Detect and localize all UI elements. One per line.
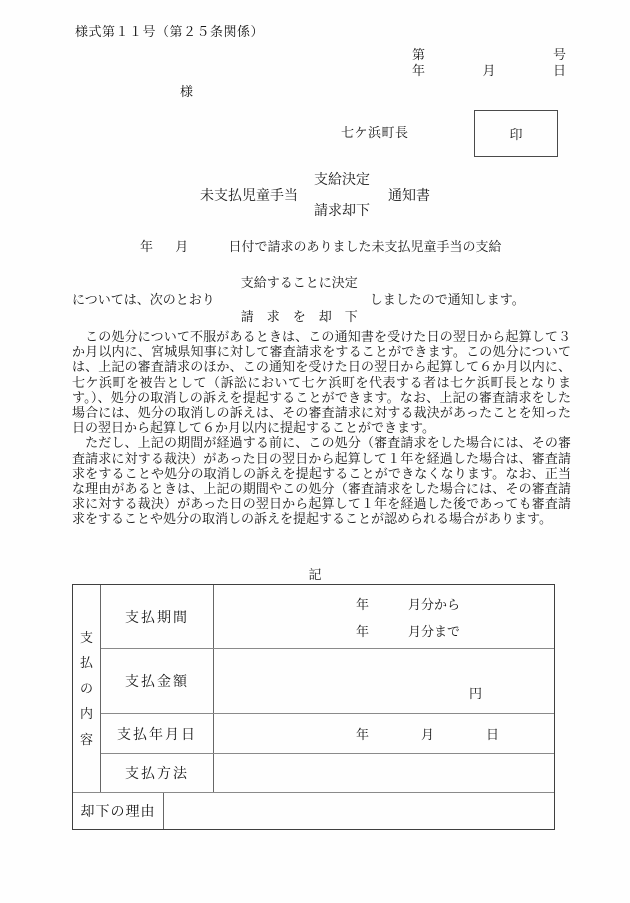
title-options: 支給決定 請求却下 [314, 169, 370, 220]
notification-document-page: 様式第１１号（第２５条関係） 第 号 年 月 日 様 七ケ浜町長 印 未支払児童… [0, 0, 630, 903]
payment-amount-value-cell: 円 [214, 649, 554, 713]
payment-amount-label: 支払金額 [101, 649, 214, 713]
decision-line: については、次のとおり 支給することに決定 請 求 を 却 下 しましたので通知… [72, 272, 525, 325]
date-month-label: 月 [482, 60, 495, 79]
date-year-label: 年 [412, 60, 425, 79]
decision-option-reject: 請 求 を 却 下 [241, 306, 358, 325]
issue-date-line: 年 月 日 [412, 60, 566, 79]
decision-line-right: しましたので通知します。 [370, 289, 525, 308]
form-number-label: 様式第１１号（第２５条関係） [75, 21, 264, 40]
payment-details-table: 支払の内容 支払期間 年 月分から 年 月分まで 支払金額 円 [72, 584, 555, 830]
request-month-label: 月 [175, 239, 188, 254]
payment-date-value: 年 月 日 [356, 724, 499, 743]
table-row-payment-period: 支払期間 年 月分から 年 月分まで [101, 585, 554, 649]
request-date-line: 年 月 日付で請求のありました未支払児童手当の支給 [140, 236, 502, 255]
table-row-payment-amount: 支払金額 円 [101, 649, 554, 714]
payment-group-label: 支払の内容 [79, 625, 94, 753]
title-subject: 未支払児童手当 [200, 185, 298, 205]
request-year-label: 年 [140, 239, 153, 254]
appeal-notice-paragraph-2: ただし、上記の期間が経過する前に、この処分（審査請求をした場合には、その審査請求… [72, 435, 571, 526]
request-line-text: 日付で請求のありました未支払児童手当の支給 [229, 239, 502, 254]
appeal-notice-text: この処分について不服があるときは、この通知書を受けた日の翌日から起算して３か月以… [72, 329, 571, 527]
payment-table-rows: 支払期間 年 月分から 年 月分まで 支払金額 円 支払年月日 年 [101, 585, 554, 792]
table-row-payment-date: 支払年月日 年 月 日 [101, 714, 554, 754]
payment-period-value-cell: 年 月分から 年 月分まで [214, 585, 554, 648]
table-row-rejection-reason: 却下の理由 [73, 792, 554, 829]
section-marker: 記 [0, 564, 630, 583]
mayor-title: 七ケ浜町長 [341, 122, 409, 141]
title-doc-type: 通知書 [388, 185, 430, 205]
payment-method-label: 支払方法 [101, 754, 214, 792]
payment-method-value-cell [214, 754, 554, 792]
title-option-grant: 支給決定 [314, 169, 370, 189]
payment-period-label: 支払期間 [101, 585, 214, 648]
decision-option-grant: 支給することに決定 [241, 272, 358, 291]
rejection-reason-label: 却下の理由 [73, 793, 164, 829]
title-option-reject: 請求却下 [314, 200, 370, 220]
appeal-notice-paragraph-1: この処分について不服があるときは、この通知書を受けた日の翌日から起算して３か月以… [72, 329, 571, 435]
payment-date-label: 支払年月日 [101, 714, 214, 753]
decision-line-left: については、次のとおり [72, 289, 215, 308]
addressee-suffix: 様 [180, 81, 193, 100]
rejection-reason-value-cell [164, 793, 554, 829]
seal-box: 印 [474, 110, 558, 157]
document-title: 未支払児童手当 支給決定 請求却下 通知書 [200, 169, 430, 220]
payment-group-cell: 支払の内容 [73, 585, 101, 792]
payment-table-upper: 支払の内容 支払期間 年 月分から 年 月分まで 支払金額 円 [73, 585, 554, 792]
payment-amount-unit: 円 [469, 683, 482, 702]
table-row-payment-method: 支払方法 [101, 754, 554, 792]
payment-period-to: 年 月分まで [356, 621, 554, 640]
date-day-label: 日 [553, 60, 566, 79]
seal-label: 印 [509, 124, 522, 143]
payment-date-value-cell: 年 月 日 [214, 714, 554, 753]
decision-options: 支給することに決定 請 求 を 却 下 [241, 272, 358, 325]
payment-period-from: 年 月分から [356, 594, 554, 613]
